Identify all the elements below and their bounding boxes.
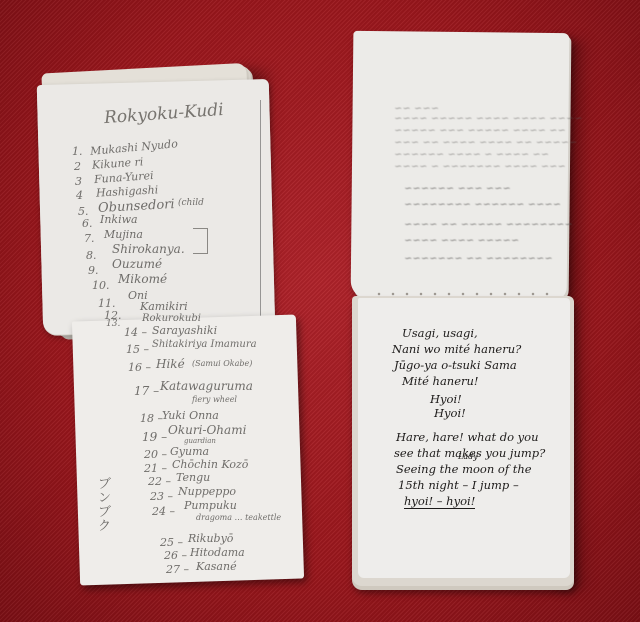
faded-line: ~~~~ ~~~~ ~~~~~ bbox=[404, 234, 519, 245]
list-item: Hashigashi bbox=[96, 184, 159, 198]
list-item: Rikubyō bbox=[188, 533, 233, 544]
list-item: Okuri-Ohami bbox=[168, 424, 246, 436]
poem-line: Hyoi! bbox=[430, 392, 462, 406]
list-number: 15 – bbox=[126, 344, 149, 355]
list-number: 23 – bbox=[150, 491, 173, 502]
list-number: 11. bbox=[98, 298, 116, 309]
list-item: Pumpuku bbox=[184, 500, 237, 511]
faded-line: ~~~~~~ ~~~~ ~ ~~~~ ~~ bbox=[394, 148, 549, 159]
list-number: 10. bbox=[92, 280, 110, 291]
translation-line: Hare, hare! what do you bbox=[396, 430, 539, 444]
faded-line: ~~~~~ ~~~ ~~~~~ ~~~~ ~~ bbox=[394, 124, 566, 135]
list-number: 3 bbox=[75, 176, 82, 187]
interlinear-insert: Lady bbox=[458, 452, 478, 461]
list-number: 20 – bbox=[144, 449, 167, 460]
list-item: Inkiwa bbox=[100, 214, 138, 225]
poem-line: Nani wo mité haneru? bbox=[392, 342, 521, 356]
margin-kana-note: ブンブク bbox=[98, 478, 118, 534]
list-item-note: (Samui Okabe) bbox=[192, 360, 252, 368]
list-item-note: fiery wheel bbox=[192, 396, 237, 404]
list-number: 26 – bbox=[164, 550, 187, 561]
list-item: Gyuma bbox=[170, 446, 209, 457]
poem-line: Usagi, usagi, bbox=[402, 326, 478, 340]
list-item: Kasané bbox=[196, 561, 237, 572]
list-number: 21 – bbox=[144, 463, 167, 474]
pencil-margin-line bbox=[260, 100, 261, 320]
list-item: Tengu bbox=[176, 472, 210, 483]
translation-line: 15th night – I jump – bbox=[398, 478, 519, 492]
list-item: Shirokanya. bbox=[112, 243, 185, 255]
list-item: Ouzumé bbox=[112, 258, 162, 270]
list-item: Mujina bbox=[104, 229, 143, 240]
list-number: 13. bbox=[106, 320, 120, 329]
list-number: 27 – bbox=[166, 564, 189, 575]
list-item: Hitodama bbox=[190, 547, 245, 558]
list-number: 25 – bbox=[160, 537, 183, 548]
translation-line: Seeing the moon of the bbox=[396, 462, 532, 476]
binding-holes bbox=[372, 292, 552, 296]
pencil-bracket-mark bbox=[193, 228, 208, 254]
poem-line: Jūgo-ya o-tsuki Sama bbox=[394, 358, 517, 372]
list-number: 2 bbox=[74, 161, 81, 172]
list-number: 14 – bbox=[124, 327, 147, 338]
list-item: Nuppeppo bbox=[178, 486, 236, 497]
list-item: Hiké bbox=[156, 358, 185, 370]
poem-line: Mité haneru! bbox=[402, 374, 479, 388]
faded-line: ~~~~ ~ ~~~~~~~ ~~~~ ~~~ bbox=[394, 160, 566, 171]
faded-line: ~~~~ ~~ ~~~~~ ~~~~~~~~ bbox=[404, 218, 573, 229]
faded-line: ~~~~~~~ ~~ ~~~~~~~~ bbox=[404, 252, 553, 263]
list-item-note: (child bbox=[178, 199, 204, 208]
list-item-note: guardian bbox=[184, 438, 216, 445]
list-item: Rokurokubi bbox=[142, 314, 201, 324]
faded-line: ~~~ ~~ ~~~~ ~~~~ ~~ ~~~~~ bbox=[394, 136, 577, 147]
list-number: 18 – bbox=[140, 413, 163, 424]
list-number: 6. bbox=[82, 218, 93, 229]
list-item: Mikomé bbox=[118, 273, 167, 285]
list-item: Kikune ri bbox=[92, 156, 144, 171]
poem-line: Hyoi! bbox=[434, 406, 466, 420]
list-item: Yuki Onna bbox=[162, 410, 219, 421]
list-item: Sarayashiki bbox=[152, 325, 217, 336]
faded-line: ~~~~~~~~ ~~~~~~ ~~~~ bbox=[404, 198, 561, 209]
faded-line: ~~~~ ~~~~~ ~~~~ ~~~~ ~~~~ bbox=[394, 112, 583, 123]
list-item: Katawaguruma bbox=[160, 380, 253, 392]
list-number: 16 – bbox=[128, 362, 151, 373]
photo-scene: Rokyoku-Kudi 1. Mukashi Nyudo 2 Kikune r… bbox=[0, 0, 640, 622]
list-number: 4 bbox=[76, 190, 83, 201]
list-number: 1. bbox=[72, 146, 83, 157]
list-number: 22 – bbox=[148, 476, 171, 487]
list-number: 17 – bbox=[134, 385, 159, 397]
list-item: Chōchin Kozō bbox=[172, 459, 248, 470]
list-number: 19 – bbox=[142, 431, 167, 443]
list-item: Shitakiriya Imamura bbox=[152, 340, 257, 350]
list-item-note: dragoma … teakettle bbox=[196, 514, 281, 522]
list-number: 24 – bbox=[152, 506, 175, 517]
list-number: 7. bbox=[84, 233, 95, 244]
list-item: Kamikiri bbox=[140, 301, 188, 312]
translation-line: hyoi! – hyoi! bbox=[404, 494, 475, 509]
faded-line: ~~~~~~ ~~~ ~~~ bbox=[404, 182, 511, 193]
list-number: 5. bbox=[78, 206, 89, 217]
list-number: 8. bbox=[86, 250, 97, 261]
list-number: 9. bbox=[88, 265, 99, 276]
